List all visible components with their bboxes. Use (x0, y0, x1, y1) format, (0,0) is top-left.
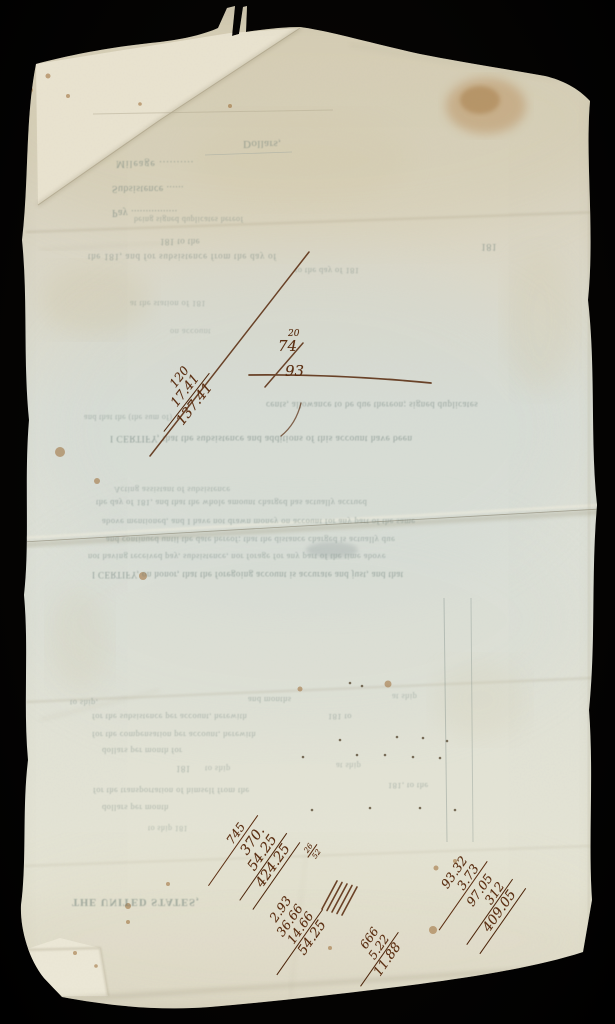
ghost-print-line: above mentioned, and I have not drawn mo… (102, 517, 415, 527)
ghost-print-line: 181 to the (160, 237, 200, 247)
ghost-print-line: to ship 181 (148, 824, 188, 833)
handwritten-fraction: 20 74 93 (252, 329, 372, 380)
ghost-print-line: to the day of 181 (295, 266, 359, 276)
ghost-print-line: I CERTIFY, that the subsistence and addi… (110, 433, 413, 443)
ghost-print-line: and that the (the sum of) (84, 413, 172, 422)
ghost-print-line: Dollars, (243, 138, 281, 150)
ghost-print-line: to ship (205, 764, 231, 774)
ghost-print-line: Subsistence ...... (112, 183, 184, 194)
ghost-print-line: Mileage .......... (116, 158, 194, 169)
ghost-print-line: at the station of 181 (130, 299, 206, 309)
photo-background: Dollars, Mileage .......... Subsistence … (0, 0, 615, 1024)
ghost-print-line: cents, allowance to be due thereon; sign… (266, 400, 478, 410)
ghost-print-line: I CERTIFY, on honor, that the foregoing … (92, 570, 404, 580)
paper-grain (0, 0, 615, 1024)
ghost-print-line: Acting assistant of subsistence (114, 485, 231, 495)
ghost-print-line: the day of 181, and that the whole amoun… (96, 498, 367, 508)
ghost-print-line: 181, to the (388, 781, 429, 791)
ghost-print-line: to ship, (70, 698, 98, 708)
ghost-print-line: at ship (336, 761, 361, 771)
ghost-print-line: the 181, and for subsistence from the da… (88, 252, 277, 262)
ghost-print-line: for the subsistence per account, herewit… (92, 712, 247, 722)
ghost-print-line: 181 (481, 241, 497, 252)
ghost-print-line: not having received pay, subsistence, no… (88, 552, 386, 562)
ghost-print-line: dollars per month (102, 803, 169, 813)
ghost-print-line: 181 to (328, 712, 352, 722)
ghost-print-line: for the transportation of himself from t… (93, 786, 250, 796)
ghost-print-line: at ship (392, 692, 417, 702)
ink-number: 93 (285, 362, 372, 380)
aged-paper-sheet (0, 0, 615, 1024)
ghost-print-line: being signed duplicates hereof (134, 215, 244, 224)
ghost-print-line: and continued until the date hereof; tha… (106, 535, 395, 545)
ghost-print-line: and months (248, 695, 291, 705)
ghost-print-line: THE UNITED STATES, (72, 896, 200, 907)
ghost-print-line: for the compensation per account, herewi… (92, 730, 256, 740)
ink-number: 74 (278, 337, 372, 355)
ghost-print-line: 181 (176, 764, 191, 774)
ghost-print-line: on account (170, 327, 211, 337)
ghost-print-line: dollars per month for (102, 746, 182, 756)
